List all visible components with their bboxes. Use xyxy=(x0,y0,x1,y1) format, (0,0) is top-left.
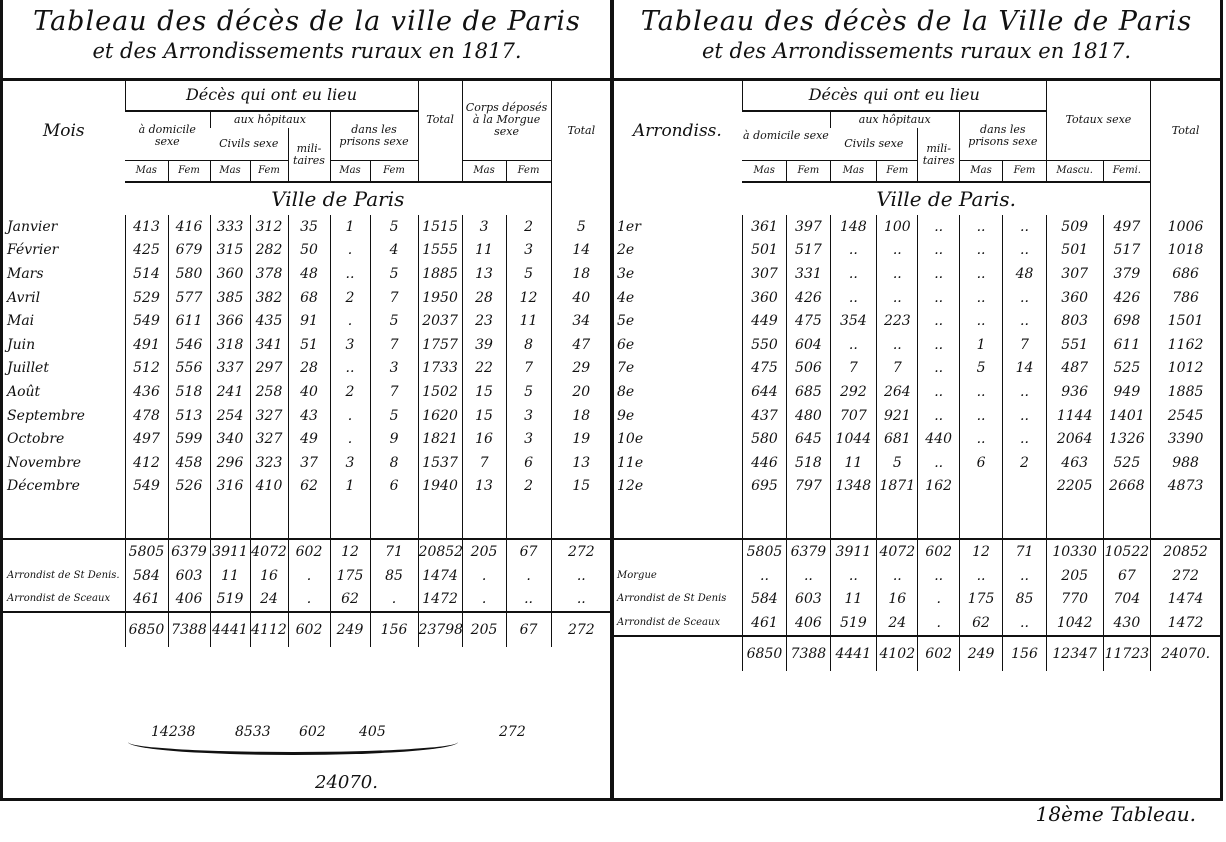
right-cell: 1006 xyxy=(1151,215,1220,239)
left-cell: 68 xyxy=(288,286,330,310)
right-cell: 4072 xyxy=(877,539,918,564)
right-cell: 307 xyxy=(742,262,786,286)
right-cell: 2205 xyxy=(1046,475,1103,499)
right-cell: .. xyxy=(959,380,1002,404)
right-cell: 949 xyxy=(1103,380,1151,404)
left-month-row: Mai54961136643591.52037231134 xyxy=(3,309,611,333)
left-header-prisons: dans les prisons sexe xyxy=(330,111,418,161)
right-cell: .. xyxy=(959,564,1002,588)
right-cell: .. xyxy=(959,309,1002,333)
right-cell: 1885 xyxy=(1151,380,1220,404)
right-cell: .. xyxy=(1003,427,1046,451)
right-cell: 24070. xyxy=(1151,636,1220,671)
left-cell: 16 xyxy=(462,427,506,451)
right-cell: 71 xyxy=(1003,539,1046,564)
left-cell: 461 xyxy=(125,587,168,612)
footer-tableau-number: 18ème Tableau. xyxy=(1036,802,1196,826)
left-cell: 340 xyxy=(210,427,250,451)
right-cell xyxy=(1003,475,1046,499)
left-header-total: Total xyxy=(418,80,462,161)
left-row-label: Juillet xyxy=(3,357,125,381)
left-cell: 1537 xyxy=(418,451,462,475)
left-cell: 337 xyxy=(210,357,250,381)
right-cell: .. xyxy=(877,286,918,310)
right-cell: 1348 xyxy=(830,475,877,499)
left-cell: 272 xyxy=(551,539,611,564)
right-cell: .. xyxy=(1003,286,1046,310)
left-cell: 458 xyxy=(168,451,210,475)
right-cell: 475 xyxy=(787,309,830,333)
left-header-morgue-mas: Mas xyxy=(462,161,506,183)
right-cell: 602 xyxy=(918,539,959,564)
right-cell: 10330 xyxy=(1046,539,1103,564)
right-header-militaires: mili-taires xyxy=(918,128,959,182)
left-cell: 23 xyxy=(462,309,506,333)
right-cell: 1042 xyxy=(1046,611,1103,636)
right-cell: 4441 xyxy=(830,636,877,671)
left-header-civ-fem: Fem xyxy=(250,161,288,183)
left-row-label: Mars xyxy=(3,262,125,286)
right-cell: 11723 xyxy=(1103,636,1151,671)
left-cell: 3 xyxy=(462,215,506,239)
right-cell: 12347 xyxy=(1046,636,1103,671)
right-cell: 2 xyxy=(1003,451,1046,475)
right-cell: 249 xyxy=(959,636,1002,671)
right-cell: .. xyxy=(1003,404,1046,428)
right-title-line1: Tableau des décès de la Ville de Paris xyxy=(613,6,1220,37)
left-cell: 2037 xyxy=(418,309,462,333)
left-cell: 4441 xyxy=(210,612,250,647)
left-cell: 679 xyxy=(168,239,210,263)
left-cell: 341 xyxy=(250,333,288,357)
right-month-row: 9e437480707921......114414012545 xyxy=(613,404,1220,428)
right-header-civ-mas: Mas xyxy=(830,161,877,183)
right-row-label: 2e xyxy=(613,239,742,263)
right-cell: 24 xyxy=(877,611,918,636)
left-header-grand-total: Total xyxy=(551,80,611,182)
left-cell: 1 xyxy=(330,475,370,499)
left-cell: 4 xyxy=(370,239,418,263)
left-cell: . xyxy=(288,587,330,612)
left-cell: 6 xyxy=(370,475,418,499)
right-cell: .. xyxy=(959,427,1002,451)
right-cell: 487 xyxy=(1046,357,1103,381)
right-cell: 360 xyxy=(1046,286,1103,310)
left-header-total-blank xyxy=(418,161,462,183)
left-cell: 35 xyxy=(288,215,330,239)
left-cell: 12 xyxy=(330,539,370,564)
left-cell: 1515 xyxy=(418,215,462,239)
left-cell: 556 xyxy=(168,357,210,381)
left-cell: 241 xyxy=(210,380,250,404)
left-bottom-brace xyxy=(128,742,458,755)
left-row-label: Août xyxy=(3,380,125,404)
right-cell: .. xyxy=(877,333,918,357)
left-cell: 296 xyxy=(210,451,250,475)
left-cell: 1733 xyxy=(418,357,462,381)
right-cell: 988 xyxy=(1151,451,1220,475)
right-separator-row xyxy=(613,498,1220,539)
left-title-box: Tableau des décès de la ville de Paris e… xyxy=(3,0,611,81)
right-cell: 430 xyxy=(1103,611,1151,636)
right-row-label: 10e xyxy=(613,427,742,451)
left-row-label: Arrondist de Sceaux xyxy=(3,587,125,612)
left-month-row: Août4365182412584027150215520 xyxy=(3,380,611,404)
left-cell: 67 xyxy=(506,539,551,564)
right-cell: 1012 xyxy=(1151,357,1220,381)
right-row-label: Arrondist de St Denis xyxy=(613,587,742,611)
left-grand-total: 24070. xyxy=(315,772,378,793)
right-cell: .. xyxy=(877,239,918,263)
left-cell: 40 xyxy=(551,286,611,310)
left-cell: 491 xyxy=(125,333,168,357)
left-header-mois: Mois xyxy=(3,80,125,182)
left-header-group: Décès qui ont eu lieu xyxy=(125,80,418,111)
right-row-label: 5e xyxy=(613,309,742,333)
right-cell: . xyxy=(918,611,959,636)
left-header-morgue-fem: Fem xyxy=(506,161,551,183)
right-cell: 644 xyxy=(742,380,786,404)
right-cell: 685 xyxy=(787,380,830,404)
left-cell: . xyxy=(462,564,506,588)
right-cell: 497 xyxy=(1103,215,1151,239)
left-cell: 327 xyxy=(250,427,288,451)
right-cell: .. xyxy=(742,564,786,588)
right-cell: 463 xyxy=(1046,451,1103,475)
left-cell: 327 xyxy=(250,404,288,428)
right-cell: 1 xyxy=(959,333,1002,357)
right-cell: .. xyxy=(918,380,959,404)
left-cell: 5 xyxy=(506,380,551,404)
right-cell: 205 xyxy=(1046,564,1103,588)
left-header-militaires: mili-taires xyxy=(288,128,330,182)
right-cell: 602 xyxy=(918,636,959,671)
right-row-label: 4e xyxy=(613,286,742,310)
left-cell: 5 xyxy=(370,215,418,239)
left-cell: 43 xyxy=(288,404,330,428)
left-cell: 425 xyxy=(125,239,168,263)
left-cell: 8 xyxy=(506,333,551,357)
right-cell: .. xyxy=(918,309,959,333)
right-cell: 698 xyxy=(1103,309,1151,333)
left-cell: 526 xyxy=(168,475,210,499)
right-summary-row: 58056379391140726021271103301052220852 xyxy=(613,539,1220,564)
left-header-morgue: Corps déposés à la Morgue sexe xyxy=(462,80,551,161)
left-cell: 577 xyxy=(168,286,210,310)
left-cell: 5805 xyxy=(125,539,168,564)
left-cell: 549 xyxy=(125,475,168,499)
right-total-row: 6850738844414102602249156123471172324070… xyxy=(613,636,1220,671)
left-cell: 24 xyxy=(250,587,288,612)
left-month-row: Juillet51255633729728..3173322729 xyxy=(3,357,611,381)
right-month-row: 1er361397148100......5094971006 xyxy=(613,215,1220,239)
right-cell: . xyxy=(918,587,959,611)
left-cell: 12 xyxy=(506,286,551,310)
right-cell: 6850 xyxy=(742,636,786,671)
left-cell: 5 xyxy=(370,262,418,286)
right-row-label: 3e xyxy=(613,262,742,286)
right-title-box: Tableau des décès de la Ville de Paris e… xyxy=(613,0,1220,81)
right-cell: 397 xyxy=(787,215,830,239)
left-cell: 67 xyxy=(506,612,551,647)
left-header-pris-fem: Fem xyxy=(370,161,418,183)
right-month-row: 6e550604......175516111162 xyxy=(613,333,1220,357)
left-cell: 272 xyxy=(551,612,611,647)
right-cell: .. xyxy=(918,451,959,475)
left-cell: 20 xyxy=(551,380,611,404)
left-cell: 8 xyxy=(370,451,418,475)
left-cell: 3 xyxy=(506,239,551,263)
left-cell: 1885 xyxy=(418,262,462,286)
left-cell: . xyxy=(288,564,330,588)
right-cell: 461 xyxy=(742,611,786,636)
left-cell: 385 xyxy=(210,286,250,310)
right-cell: 3390 xyxy=(1151,427,1220,451)
left-cell: 91 xyxy=(288,309,330,333)
right-mortality-table: Arrondiss. Décès qui ont eu lieu Totaux … xyxy=(613,80,1220,671)
left-cell: 497 xyxy=(125,427,168,451)
right-month-row: 11e446518115..62463525988 xyxy=(613,451,1220,475)
left-brace-morgue: 272 xyxy=(499,724,526,740)
left-cell: 435 xyxy=(250,309,288,333)
left-cell: 175 xyxy=(330,564,370,588)
right-cell: 5805 xyxy=(742,539,786,564)
right-cell: 803 xyxy=(1046,309,1103,333)
right-cell: .. xyxy=(959,239,1002,263)
left-cell: 584 xyxy=(125,564,168,588)
left-row-label: Novembre xyxy=(3,451,125,475)
right-cell: 2064 xyxy=(1046,427,1103,451)
left-cell: 15 xyxy=(462,404,506,428)
left-cell: 478 xyxy=(125,404,168,428)
left-month-row: Avril52957738538268271950281240 xyxy=(3,286,611,310)
left-cell: 51 xyxy=(288,333,330,357)
right-header-tot-masc: Mascu. xyxy=(1046,161,1103,183)
left-cell: 318 xyxy=(210,333,250,357)
left-cell: 1555 xyxy=(418,239,462,263)
right-cell: 379 xyxy=(1103,262,1151,286)
left-row-label: Mai xyxy=(3,309,125,333)
left-cell: 599 xyxy=(168,427,210,451)
right-cell: .. xyxy=(918,333,959,357)
right-cell: .. xyxy=(830,564,877,588)
right-cell: .. xyxy=(877,262,918,286)
left-header-pris-mas: Mas xyxy=(330,161,370,183)
right-cell xyxy=(959,475,1002,499)
left-summary-row: Arrondist de Sceaux46140651924.62.1472..… xyxy=(3,587,611,612)
right-cell: 509 xyxy=(1046,215,1103,239)
left-cell: 5 xyxy=(370,404,418,428)
right-header-tot-femi: Femi. xyxy=(1103,161,1151,183)
right-cell: 7 xyxy=(877,357,918,381)
right-row-label: 7e xyxy=(613,357,742,381)
right-month-row: 8e644685292264......9369491885 xyxy=(613,380,1220,404)
right-cell: 48 xyxy=(1003,262,1046,286)
right-cell: 156 xyxy=(1003,636,1046,671)
right-row-label: 1er xyxy=(613,215,742,239)
left-cell: 602 xyxy=(288,612,330,647)
left-cell: 19 xyxy=(551,427,611,451)
right-cell: 681 xyxy=(877,427,918,451)
left-cell: 518 xyxy=(168,380,210,404)
right-cell: 162 xyxy=(918,475,959,499)
left-cell: 7388 xyxy=(168,612,210,647)
left-mortality-table: Mois Décès qui ont eu lieu Total Corps d… xyxy=(3,80,611,647)
left-cell: 2 xyxy=(506,475,551,499)
left-cell: 48 xyxy=(288,262,330,286)
right-cell: .. xyxy=(1003,239,1046,263)
right-header-group: Décès qui ont eu lieu xyxy=(742,80,1046,111)
left-cell: 28 xyxy=(462,286,506,310)
left-month-row: Février42567931528250.4155511314 xyxy=(3,239,611,263)
right-cell: .. xyxy=(959,262,1002,286)
right-cell: 7388 xyxy=(787,636,830,671)
left-cell: 514 xyxy=(125,262,168,286)
right-header-domicile: à domicile sexe xyxy=(742,111,830,161)
left-cell: 323 xyxy=(250,451,288,475)
left-section-label: Ville de Paris xyxy=(125,182,551,215)
right-cell: 686 xyxy=(1151,262,1220,286)
right-cell: 2668 xyxy=(1103,475,1151,499)
left-cell: 22 xyxy=(462,357,506,381)
right-row-label: Arrondist de Sceaux xyxy=(613,611,742,636)
right-row-label xyxy=(613,636,742,671)
left-cell: 9 xyxy=(370,427,418,451)
left-cell: 16 xyxy=(250,564,288,588)
right-month-row: 5e449475354223......8036981501 xyxy=(613,309,1220,333)
left-cell: 11 xyxy=(210,564,250,588)
right-cell: 437 xyxy=(742,404,786,428)
left-cell: 205 xyxy=(462,612,506,647)
left-cell: 62 xyxy=(288,475,330,499)
left-brace-prisons: 405 xyxy=(359,724,386,740)
right-cell: 175 xyxy=(959,587,1002,611)
left-cell: 1472 xyxy=(418,587,462,612)
right-cell: .. xyxy=(830,239,877,263)
right-cell: 550 xyxy=(742,333,786,357)
right-cell: 518 xyxy=(787,451,830,475)
left-cell: .. xyxy=(330,357,370,381)
right-cell: 506 xyxy=(787,357,830,381)
right-row-label: 8e xyxy=(613,380,742,404)
left-cell: 1940 xyxy=(418,475,462,499)
left-row-label: Juin xyxy=(3,333,125,357)
left-cell: 378 xyxy=(250,262,288,286)
left-brace-domicile: 14238 xyxy=(151,724,196,740)
left-cell: 297 xyxy=(250,357,288,381)
right-row-label: 12e xyxy=(613,475,742,499)
right-cell: .. xyxy=(918,286,959,310)
left-cell: 20852 xyxy=(418,539,462,564)
right-header-totaux: Totaux sexe xyxy=(1046,80,1150,161)
left-cell: 258 xyxy=(250,380,288,404)
left-cell: 549 xyxy=(125,309,168,333)
right-cell: .. xyxy=(918,404,959,428)
left-cell: 13 xyxy=(462,262,506,286)
left-cell: 18 xyxy=(551,404,611,428)
left-cell: . xyxy=(330,404,370,428)
left-header-hopitaux: aux hôpitaux xyxy=(210,111,330,128)
left-month-row: Octobre49759934032749.9182116319 xyxy=(3,427,611,451)
right-cell: 426 xyxy=(1103,286,1151,310)
left-cell: 603 xyxy=(168,564,210,588)
right-cell: 12 xyxy=(959,539,1002,564)
right-cell: 704 xyxy=(1103,587,1151,611)
left-cell: 7 xyxy=(462,451,506,475)
left-month-row: Juin4915463183415137175739847 xyxy=(3,333,611,357)
right-cell: .. xyxy=(1003,215,1046,239)
left-cell: 156 xyxy=(370,612,418,647)
right-cell: 1018 xyxy=(1151,239,1220,263)
right-cell: 1401 xyxy=(1103,404,1151,428)
right-cell: 797 xyxy=(787,475,830,499)
left-summary-row: 580563793911407260212712085220567272 xyxy=(3,539,611,564)
left-cell: 512 xyxy=(125,357,168,381)
right-header-civils: Civils sexe xyxy=(830,128,918,161)
left-cell: 14 xyxy=(551,239,611,263)
right-cell: 307 xyxy=(1046,262,1103,286)
left-header-domicile: à domicile sexe xyxy=(125,111,210,161)
left-cell: 529 xyxy=(125,286,168,310)
left-cell: 15 xyxy=(462,380,506,404)
left-cell: 13 xyxy=(551,451,611,475)
left-cell: 7 xyxy=(506,357,551,381)
right-cell: 517 xyxy=(787,239,830,263)
left-cell: .. xyxy=(330,262,370,286)
left-cell: . xyxy=(506,564,551,588)
left-cell: 1620 xyxy=(418,404,462,428)
right-row-label: 9e xyxy=(613,404,742,428)
right-cell: 603 xyxy=(787,587,830,611)
right-month-row: 3e307331........48307379686 xyxy=(613,262,1220,286)
right-cell: .. xyxy=(830,262,877,286)
left-cell: 333 xyxy=(210,215,250,239)
left-cell: 3 xyxy=(330,451,370,475)
right-cell: .. xyxy=(1003,611,1046,636)
right-header-dom-fem: Fem xyxy=(787,161,830,183)
right-cell: 4873 xyxy=(1151,475,1220,499)
right-month-row: 12e69579713481871162220526684873 xyxy=(613,475,1220,499)
left-header-civils: Civils sexe xyxy=(210,128,288,161)
right-cell: 426 xyxy=(787,286,830,310)
right-cell: 85 xyxy=(1003,587,1046,611)
right-cell: 5 xyxy=(959,357,1002,381)
right-cell: 525 xyxy=(1103,451,1151,475)
left-cell: 315 xyxy=(210,239,250,263)
right-cell: 10522 xyxy=(1103,539,1151,564)
right-cell: 6379 xyxy=(787,539,830,564)
right-cell: 519 xyxy=(830,611,877,636)
left-cell: 28 xyxy=(288,357,330,381)
left-cell: . xyxy=(330,427,370,451)
left-row-label: Décembre xyxy=(3,475,125,499)
right-cell: 67 xyxy=(1103,564,1151,588)
left-cell: 413 xyxy=(125,215,168,239)
right-cell: 695 xyxy=(742,475,786,499)
left-cell: 5 xyxy=(506,262,551,286)
right-title-line2: et des Arrondissements ruraux en 1817. xyxy=(613,39,1220,63)
right-cell: 707 xyxy=(830,404,877,428)
right-cell: .. xyxy=(959,404,1002,428)
right-cell: 5 xyxy=(877,451,918,475)
left-brace-militaires: 602 xyxy=(299,724,326,740)
left-separator-row xyxy=(3,498,611,539)
right-cell: 501 xyxy=(1046,239,1103,263)
right-cell: .. xyxy=(959,286,1002,310)
right-month-row: 2e501517..........5015171018 xyxy=(613,239,1220,263)
right-header-total: Total xyxy=(1151,80,1220,182)
right-cell: .. xyxy=(830,333,877,357)
